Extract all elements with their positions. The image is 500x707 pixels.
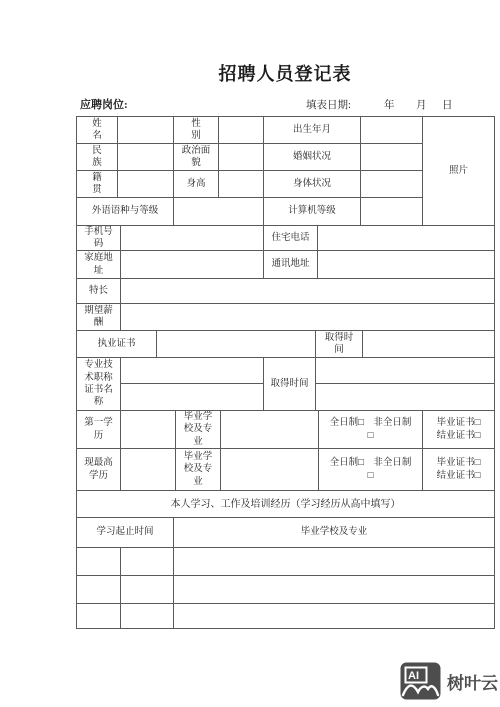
home-phone-input-cell[interactable]	[318, 226, 495, 251]
home-address-input-cell[interactable]	[121, 251, 264, 279]
page: 招聘人员登记表 应聘岗位: 填表日期: 年 月 日 姓 名 性 别 出生年月 民…	[0, 0, 500, 707]
first-degree-school-label-cell: 毕业学 校及专 业	[176, 411, 221, 449]
mailing-address-input-cell[interactable]	[318, 251, 495, 279]
obtain-time-label-cell: 取得时 间	[316, 331, 363, 358]
highest-degree-fulltime-checkbox-cell[interactable]: 全日制□ 非全日制 □	[319, 449, 423, 491]
first-degree-fulltime-checkbox-cell[interactable]: 全日制□ 非全日制 □	[319, 411, 423, 449]
first-degree-input-cell[interactable]	[121, 411, 176, 449]
professional-title-cert-input-1[interactable]	[121, 358, 264, 384]
marital-status-label-cell: 婚姻状况	[264, 144, 361, 171]
grad-school-major-header-cell: 毕业学校及专业	[174, 518, 495, 548]
professional-title-cert-inputs	[121, 358, 264, 411]
highest-degree-school-label-cell: 毕业学 校及专 业	[176, 449, 221, 491]
height-input-cell[interactable]	[219, 171, 264, 198]
table-row: 执业证书 取得时 间	[77, 331, 495, 358]
professional-title-block: 专业技 术职称 证书名 称 取得时间	[77, 358, 495, 411]
ai-image-icon: AI	[400, 662, 441, 700]
table-row	[77, 604, 495, 629]
political-status-input-cell[interactable]	[219, 144, 264, 171]
professional-title-cert-label-cell: 专业技 术职称 证书名 称	[77, 358, 121, 411]
table-row: 特长	[77, 279, 495, 304]
first-degree-label-cell: 第一学 历	[77, 411, 121, 449]
obtain-time-inputs	[316, 358, 495, 411]
registration-table: 姓 名 性 别 出生年月 民 族 政治面 貌 婚姻状况 籍 贯	[76, 116, 495, 629]
study-start-input-2[interactable]	[77, 576, 121, 604]
obtain-time-input-1[interactable]	[316, 358, 495, 384]
personal-info-left: 姓 名 性 别 出生年月 民 族 政治面 貌 婚姻状况 籍 贯	[77, 117, 423, 226]
computer-level-label-cell: 计算机等级	[264, 198, 361, 226]
month-label: 月	[416, 97, 427, 112]
physical-condition-label-cell: 身体状况	[264, 171, 361, 198]
highest-degree-input-cell[interactable]	[121, 449, 176, 491]
physical-condition-input-cell[interactable]	[361, 171, 423, 198]
table-row: 民 族 政治面 貌 婚姻状况	[77, 144, 423, 171]
computer-level-input-cell[interactable]	[361, 198, 423, 226]
table-row	[77, 576, 495, 604]
photo-cell[interactable]: 照片	[423, 117, 495, 226]
specialty-label-cell: 特长	[77, 279, 121, 304]
table-row: 现最高 学历 毕业学 校及专 业 全日制□ 非全日制 □ 毕业证书□ 结业证书□	[77, 449, 495, 491]
name-label-cell: 姓 名	[77, 117, 118, 144]
brand-text: 树叶云	[447, 669, 498, 694]
school-major-input-3[interactable]	[174, 604, 495, 629]
svg-text:AI: AI	[408, 670, 419, 682]
native-place-input-cell[interactable]	[118, 171, 174, 198]
expected-salary-input-cell[interactable]	[121, 304, 495, 331]
home-address-label-cell: 家庭地 址	[77, 251, 121, 279]
gender-input-cell[interactable]	[219, 117, 264, 144]
table-row: 第一学 历 毕业学 校及专 业 全日制□ 非全日制 □ 毕业证书□ 结业证书□	[77, 411, 495, 449]
personal-info-block: 姓 名 性 别 出生年月 民 族 政治面 貌 婚姻状况 籍 贯	[77, 117, 495, 226]
practice-certificate-input-cell[interactable]	[157, 331, 316, 358]
highest-degree-label-cell: 现最高 学历	[77, 449, 121, 491]
ethnicity-input-cell[interactable]	[118, 144, 174, 171]
obtain-time-input-2[interactable]	[316, 384, 495, 411]
year-label: 年	[384, 97, 395, 112]
school-major-input-1[interactable]	[174, 548, 495, 576]
table-row: 本人学习、工作及培训经历（学习经历从高中填写）	[77, 491, 495, 518]
experience-section-header: 本人学习、工作及培训经历（学习经历从高中填写）	[77, 491, 495, 518]
table-row: 籍 贯 身高 身体状况	[77, 171, 423, 198]
obtain-time-label-cell-2: 取得时间	[264, 358, 316, 411]
foreign-language-label-cell: 外语语种与等级	[77, 198, 174, 226]
home-phone-label-cell: 住宅电话	[264, 226, 318, 251]
table-row: 手机号 码 住宅电话	[77, 226, 495, 251]
first-degree-school-input-cell[interactable]	[221, 411, 319, 449]
day-label: 日	[442, 97, 453, 112]
study-end-input-1[interactable]	[121, 548, 174, 576]
page-title: 招聘人员登记表	[76, 60, 494, 86]
position-applied-label: 应聘岗位:	[80, 96, 128, 112]
position-applied-input[interactable]	[136, 96, 276, 109]
foreign-language-input-cell[interactable]	[174, 198, 264, 226]
fill-date-label: 填表日期:	[306, 97, 351, 112]
table-row: 外语语种与等级 计算机等级	[77, 198, 423, 226]
school-major-input-2[interactable]	[174, 576, 495, 604]
professional-title-cert-input-2[interactable]	[121, 384, 264, 411]
political-status-label-cell: 政治面 貌	[174, 144, 219, 171]
highest-degree-cert-checkbox-cell[interactable]: 毕业证书□ 结业证书□	[423, 449, 495, 491]
mailing-address-label-cell: 通讯地址	[264, 251, 318, 279]
watermark-logo: AI 树叶云	[400, 662, 498, 700]
study-start-input-1[interactable]	[77, 548, 121, 576]
birth-date-label-cell: 出生年月	[264, 117, 361, 144]
table-row: 期望薪 酬	[77, 304, 495, 331]
study-period-header-cell: 学习起止时间	[77, 518, 174, 548]
table-row: 家庭地 址 通讯地址	[77, 251, 495, 279]
highest-degree-school-input-cell[interactable]	[221, 449, 319, 491]
study-end-input-2[interactable]	[121, 576, 174, 604]
expected-salary-label-cell: 期望薪 酬	[77, 304, 121, 331]
table-row: 姓 名 性 别 出生年月	[77, 117, 423, 144]
first-degree-cert-checkbox-cell[interactable]: 毕业证书□ 结业证书□	[423, 411, 495, 449]
table-row	[77, 548, 495, 576]
mobile-label-cell: 手机号 码	[77, 226, 121, 251]
table-row: 学习起止时间 毕业学校及专业	[77, 518, 495, 548]
form-header: 应聘岗位: 填表日期: 年 月 日	[76, 96, 494, 111]
ethnicity-label-cell: 民 族	[77, 144, 118, 171]
native-place-label-cell: 籍 贯	[77, 171, 118, 198]
marital-status-input-cell[interactable]	[361, 144, 423, 171]
height-label-cell: 身高	[174, 171, 219, 198]
birth-date-input-cell[interactable]	[361, 117, 423, 144]
name-input-cell[interactable]	[118, 117, 174, 144]
study-end-input-3[interactable]	[121, 604, 174, 629]
study-start-input-3[interactable]	[77, 604, 121, 629]
mobile-input-cell[interactable]	[121, 226, 264, 251]
practice-certificate-label-cell: 执业证书	[77, 331, 157, 358]
gender-label-cell: 性 别	[174, 117, 219, 144]
specialty-input-cell[interactable]	[121, 279, 495, 304]
obtain-time-input-cell[interactable]	[363, 331, 495, 358]
